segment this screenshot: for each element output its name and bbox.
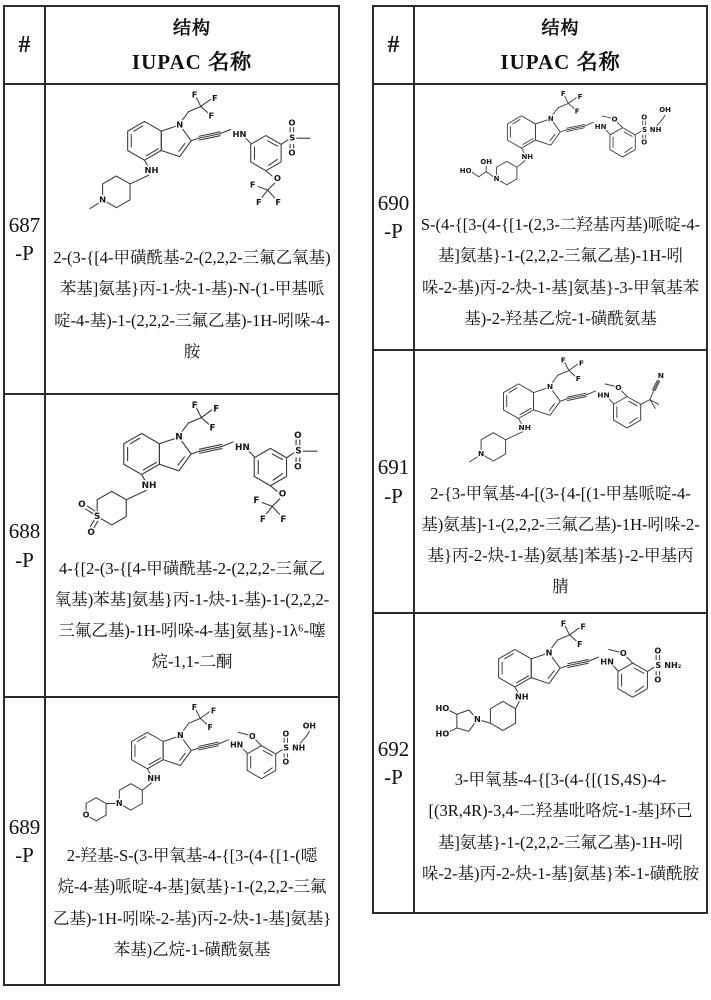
svg-text:HN: HN: [600, 657, 614, 667]
table-header-row: # 结构 IUPAC 名称: [374, 7, 706, 83]
iupac-name: 2-{3-甲氧基-4-[(3-{4-[(1-甲基哌啶-4-基)氨基]-1-(2,…: [415, 472, 706, 612]
svg-text:O: O: [274, 173, 281, 183]
chemical-structure-drawing: OHHONOOOSNHOHNFFFHNNH: [451, 88, 671, 198]
svg-text:F: F: [275, 197, 281, 207]
table-row: 688 -P OOSOOSOFFFNFFFHNNH 4-{[2-(3-{[4-甲…: [5, 393, 338, 696]
svg-text:S: S: [289, 133, 295, 143]
svg-text:NH: NH: [147, 774, 160, 783]
svg-text:F: F: [250, 179, 256, 189]
compound-number: 689 -P: [5, 698, 46, 984]
svg-text:N: N: [99, 194, 106, 204]
structure-area: OHHONOOOSNHOHNFFFHNNH: [415, 85, 706, 198]
compound-table-left: # 结构 IUPAC 名称 687 -P NOOSOFFFNFFFHNNH 2-…: [3, 5, 340, 986]
svg-text:S: S: [295, 447, 301, 457]
iupac-name: 3-甲氧基-4-{[3-(4-{[(1S,4S)-4-[(3R,4R)-3,4-…: [415, 745, 706, 912]
header-number-column: #: [374, 7, 415, 83]
structure-area: NOOOOSNHOHNFFFHNNH: [46, 698, 338, 825]
svg-text:NH: NH: [145, 165, 159, 175]
svg-text:F: F: [192, 703, 197, 712]
compound-number: 688 -P: [5, 395, 46, 696]
chemical-structure-drawing: NOOSOFFFNFFFHNNH: [60, 88, 324, 220]
chemical-structure-drawing: NOOOOSNHOHNFFFHNNH: [68, 701, 316, 825]
chemical-structure-drawing: NONNFFFHNNH: [443, 354, 679, 472]
svg-text:N: N: [175, 433, 182, 443]
svg-text:N: N: [116, 799, 123, 808]
svg-text:HN: HN: [597, 391, 610, 400]
chemical-structure-drawing: OOSOOSOFFFNFFFHNNH: [52, 398, 332, 538]
svg-text:NH: NH: [649, 126, 661, 134]
svg-text:F: F: [580, 622, 586, 632]
iupac-name: S-(4-{[3-(4-{[1-(2,3-二羟基丙基)哌啶-4-基]氨基}-1-…: [415, 198, 706, 349]
compound-number-suffix: -P: [384, 217, 403, 245]
structure-area: NOOSOFFFNFFFHNNH: [46, 85, 338, 220]
svg-text:O: O: [641, 113, 647, 121]
svg-text:F: F: [209, 111, 215, 121]
svg-text:N: N: [493, 175, 499, 183]
svg-text:OH: OH: [303, 721, 316, 730]
compound-number: 690 -P: [374, 85, 415, 349]
svg-text:O: O: [611, 116, 617, 124]
iupac-name: 2-羟基-S-(3-甲氧基-4-{[3-(4-{[1-(噁烷-4-基)哌啶-4-…: [46, 825, 338, 984]
compound-number: 692 -P: [374, 614, 415, 912]
svg-text:HN: HN: [230, 740, 243, 749]
compound-cell: OHHONOOOSNHOHNFFFHNNH S-(4-{[3-(4-{[1-(2…: [415, 85, 706, 349]
svg-text:N: N: [546, 382, 552, 391]
svg-text:F: F: [256, 197, 262, 207]
svg-text:O: O: [619, 648, 626, 658]
svg-text:F: F: [212, 93, 218, 103]
structure-area: NONNFFFHNNH: [415, 351, 706, 472]
svg-text:HN: HN: [233, 129, 247, 139]
svg-text:HN: HN: [235, 443, 250, 453]
svg-text:F: F: [560, 90, 565, 98]
compound-cell: NOOSOFFFNFFFHNNH 2-(3-{[4-甲磺酰基-2-(2,2,2-…: [46, 85, 338, 393]
svg-text:HO: HO: [435, 728, 449, 738]
svg-text:N: N: [657, 371, 663, 380]
svg-text:O: O: [654, 646, 661, 656]
svg-text:F: F: [560, 355, 565, 364]
svg-text:F: F: [577, 639, 583, 649]
svg-text:F: F: [260, 515, 266, 525]
header-structure-column: 结构 IUPAC 名称: [415, 7, 706, 83]
header-structure-label: 结构: [542, 14, 580, 40]
compound-number-value: 690: [378, 189, 410, 217]
iupac-name: 4-{[2-(3-{[4-甲磺酰基-2-(2,2,2-三氟乙氧基)苯基]氨基}丙…: [46, 538, 338, 696]
svg-text:NH: NH: [142, 481, 157, 491]
svg-text:N: N: [473, 714, 480, 724]
compound-number-value: 691: [378, 453, 410, 481]
compound-number-suffix: -P: [15, 546, 34, 574]
svg-text:HN: HN: [594, 123, 606, 131]
svg-text:O: O: [288, 118, 295, 128]
structure-area: HOHONOOOSNH₂NFFFHNNH: [415, 614, 706, 745]
svg-text:F: F: [578, 358, 583, 367]
svg-text:N: N: [177, 731, 184, 740]
svg-text:N: N: [547, 115, 553, 123]
svg-text:O: O: [279, 490, 287, 500]
table-row: 689 -P NOOOOSNHOHNFFFHNNH 2-羟基-S-(3-甲氧基-…: [5, 696, 338, 984]
svg-text:O: O: [282, 758, 289, 767]
header-structure-column: 结构 IUPAC 名称: [46, 7, 338, 83]
compound-number-value: 689: [9, 813, 41, 841]
svg-text:O: O: [641, 138, 647, 146]
svg-text:OH: OH: [480, 158, 492, 166]
table-row: 690 -P OHHONOOOSNHOHNFFFHNNH S-(4-{[3-(4…: [374, 83, 706, 349]
compound-number-suffix: -P: [384, 763, 403, 791]
header-iupac-label: IUPAC 名称: [132, 46, 252, 76]
svg-text:S: S: [283, 744, 289, 753]
compound-number-suffix: -P: [384, 482, 403, 510]
svg-text:HO: HO: [459, 167, 471, 175]
iupac-name: 2-(3-{[4-甲磺酰基-2-(2,2,2-三氟乙氧基)苯基]氨基}丙-1-炔…: [46, 220, 338, 393]
svg-text:O: O: [294, 431, 302, 441]
svg-text:OH: OH: [659, 106, 671, 114]
svg-text:S: S: [642, 126, 647, 134]
svg-text:O: O: [78, 500, 86, 510]
structure-area: OOSOOSOFFFNFFFHNNH: [46, 395, 338, 538]
svg-text:O: O: [87, 528, 95, 538]
header-number-column: #: [5, 7, 46, 83]
compound-number-value: 687: [9, 211, 41, 239]
svg-text:F: F: [560, 618, 566, 628]
svg-text:F: F: [253, 496, 259, 506]
table-header-row: # 结构 IUPAC 名称: [5, 7, 338, 83]
compound-cell: NOOOOSNHOHNFFFHNNH 2-羟基-S-(3-甲氧基-4-{[3-(…: [46, 698, 338, 984]
compound-cell: NONNFFFHNNH 2-{3-甲氧基-4-[(3-{4-[(1-甲基哌啶-4…: [415, 351, 706, 612]
svg-text:F: F: [574, 107, 579, 115]
header-iupac-label: IUPAC 名称: [500, 46, 620, 76]
svg-text:N: N: [176, 119, 183, 129]
svg-text:N: N: [477, 449, 483, 458]
table-row: 691 -P NONNFFFHNNH 2-{3-甲氧基-4-[(3-{4-[(1…: [374, 349, 706, 612]
svg-text:F: F: [208, 723, 213, 732]
compound-number-value: 688: [9, 517, 41, 545]
svg-text:S: S: [655, 660, 661, 670]
svg-text:NH₂: NH₂: [664, 660, 682, 670]
compound-number: 687 -P: [5, 85, 46, 393]
compound-cell: HOHONOOOSNH₂NFFFHNNH 3-甲氧基-4-{[3-(4-{[(1…: [415, 614, 706, 912]
compound-table-right: # 结构 IUPAC 名称 690 -P OHHONOOOSNHOHNFFFHN…: [372, 5, 708, 914]
svg-text:F: F: [192, 401, 198, 411]
svg-text:F: F: [280, 515, 286, 525]
svg-text:O: O: [654, 675, 661, 685]
compound-number: 691 -P: [374, 351, 415, 612]
svg-text:O: O: [83, 811, 90, 820]
table-row: 687 -P NOOSOFFFNFFFHNNH 2-(3-{[4-甲磺酰基-2-…: [5, 83, 338, 393]
svg-text:F: F: [577, 93, 582, 101]
svg-text:F: F: [213, 405, 219, 415]
svg-text:F: F: [575, 374, 580, 383]
compound-number-suffix: -P: [15, 239, 34, 267]
compound-number-suffix: -P: [15, 841, 34, 869]
table-row: 692 -P HOHONOOOSNH₂NFFFHNNH 3-甲氧基-4-{[3-…: [374, 612, 706, 912]
header-structure-label: 结构: [173, 14, 211, 40]
compound-number-value: 692: [378, 735, 410, 763]
svg-text:F: F: [210, 423, 216, 433]
svg-text:F: F: [192, 90, 198, 100]
svg-text:NH: NH: [518, 423, 531, 432]
svg-text:HO: HO: [435, 703, 449, 713]
svg-text:NH: NH: [521, 153, 533, 161]
svg-text:O: O: [249, 732, 256, 741]
svg-text:N: N: [545, 647, 552, 657]
svg-text:O: O: [294, 463, 302, 473]
svg-text:S: S: [94, 512, 100, 522]
svg-text:O: O: [615, 383, 621, 392]
svg-text:F: F: [211, 706, 216, 715]
svg-text:NH: NH: [292, 744, 305, 753]
svg-text:NH: NH: [514, 692, 528, 702]
chemical-structure-drawing: HOHONOOOSNH₂NFFFHNNH: [433, 617, 689, 745]
svg-text:O: O: [282, 730, 289, 739]
svg-text:O: O: [288, 148, 295, 158]
compound-cell: OOSOOSOFFFNFFFHNNH 4-{[2-(3-{[4-甲磺酰基-2-(…: [46, 395, 338, 696]
